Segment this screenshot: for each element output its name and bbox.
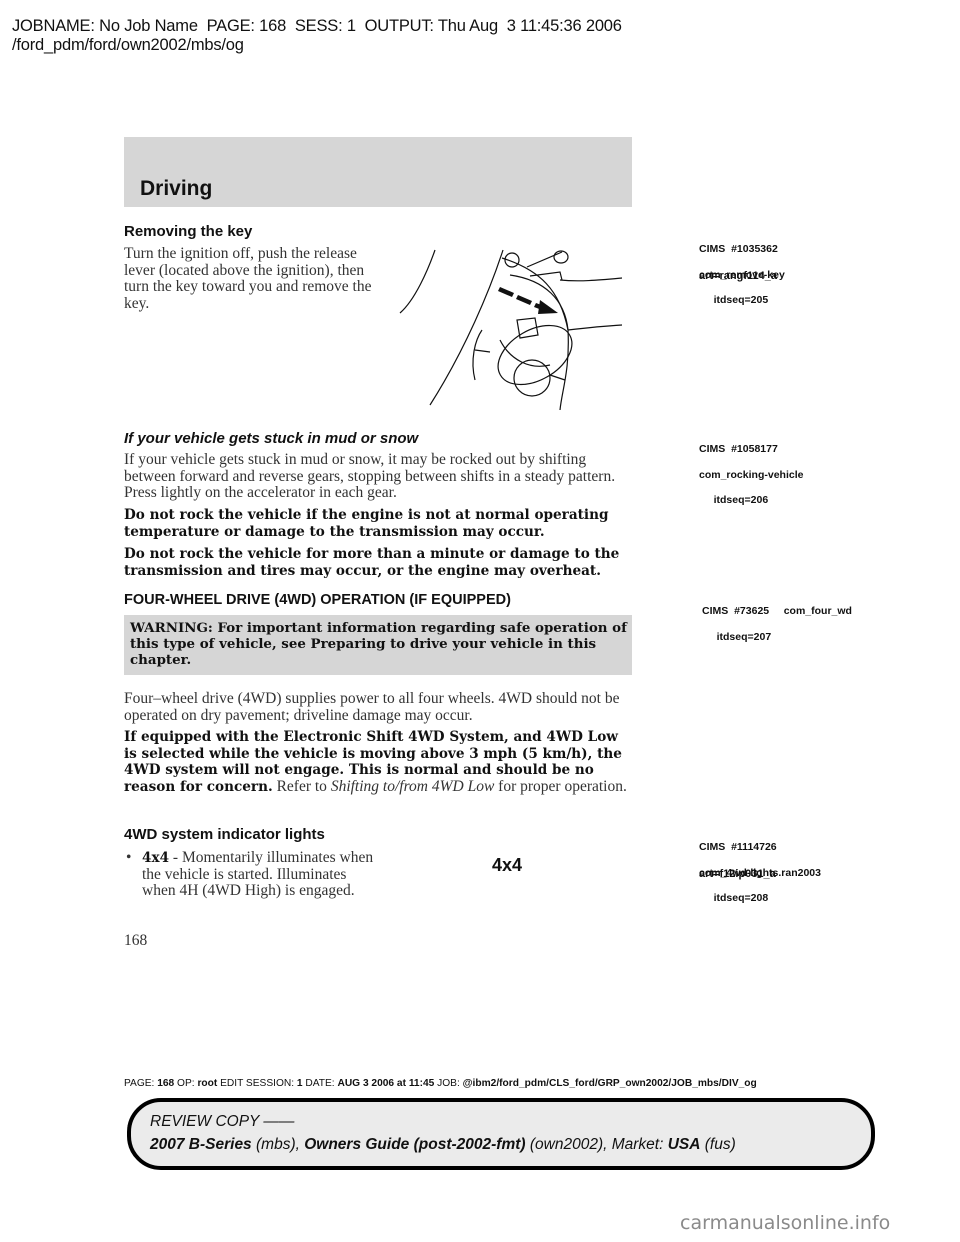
review-copy-box: REVIEW COPY —— 2007 B-Series (mbs), Owne… <box>127 1098 875 1170</box>
4wd-note-refer: Refer to <box>273 778 331 795</box>
job-header: JOBNAME: No Job Name PAGE: 168 SESS: 1 O… <box>12 17 622 55</box>
section-heading-removing-key: Removing the key <box>124 223 252 240</box>
page-number: 168 <box>124 933 147 950</box>
warning-text: WARNING: For important information regar… <box>130 620 630 668</box>
job-header-line1: JOBNAME: No Job Name PAGE: 168 SESS: 1 O… <box>12 17 622 36</box>
stuck-caution-duration: Do not rock the vehicle for more than a … <box>124 546 634 579</box>
art-ref-removing-key: art=rangf114_a <box>699 272 777 281</box>
review-copy-details: 2007 B-Series (mbs), Owners Guide (post-… <box>150 1136 736 1154</box>
cims-stuck: CIMS #1058177 com_rocking-vehicle itdseq… <box>699 428 803 513</box>
4wd-note-end: for proper operation. <box>494 778 627 795</box>
cims-4wd: CIMS #73625 com_four_wd itdseq=207 <box>702 590 852 650</box>
review-copy-label: REVIEW COPY —— <box>150 1113 294 1131</box>
stuck-caution-temperature: Do not rock the vehicle if the engine is… <box>124 507 634 540</box>
section-heading-stuck: If your vehicle gets stuck in mud or sno… <box>124 430 418 447</box>
4wd-body: Four–wheel drive (4WD) supplies power to… <box>124 691 634 724</box>
removing-key-body: Turn the ignition off, push the release … <box>124 246 384 312</box>
stuck-body: If your vehicle gets stuck in mud or sno… <box>124 452 634 502</box>
section-heading-4wd: FOUR-WHEEL DRIVE (4WD) OPERATION (IF EQU… <box>124 592 511 608</box>
ignition-key-illustration <box>390 230 640 415</box>
section-heading-indicator: 4WD system indicator lights <box>124 826 325 843</box>
bullet-icon: • <box>126 850 131 867</box>
indicator-item: 4x4 - Momentarily illuminates when the v… <box>142 850 377 900</box>
chapter-title: Driving <box>140 177 212 201</box>
job-footer-line: PAGE: 168 OP: root EDIT SESSION: 1 DATE:… <box>124 1078 757 1089</box>
indicator-item-label: 4x4 <box>142 850 169 866</box>
chapter-banner: Driving <box>124 137 632 207</box>
4x4-indicator-icon: 4x4 <box>492 855 522 876</box>
job-header-path: /ford_pdm/ford/own2002/mbs/og <box>12 36 622 55</box>
watermark: carmanualsonline.info <box>680 1212 890 1234</box>
4wd-low-link[interactable]: Shifting to/from 4WD Low <box>331 778 494 795</box>
4wd-note: If equipped with the Electronic Shift 4W… <box>124 729 634 795</box>
indicator-item-text: - Momentarily illuminates when the vehic… <box>142 849 373 899</box>
art-ref-indicator: art=f12ip031_a <box>699 870 776 879</box>
warning-box: WARNING: For important information regar… <box>124 615 632 675</box>
